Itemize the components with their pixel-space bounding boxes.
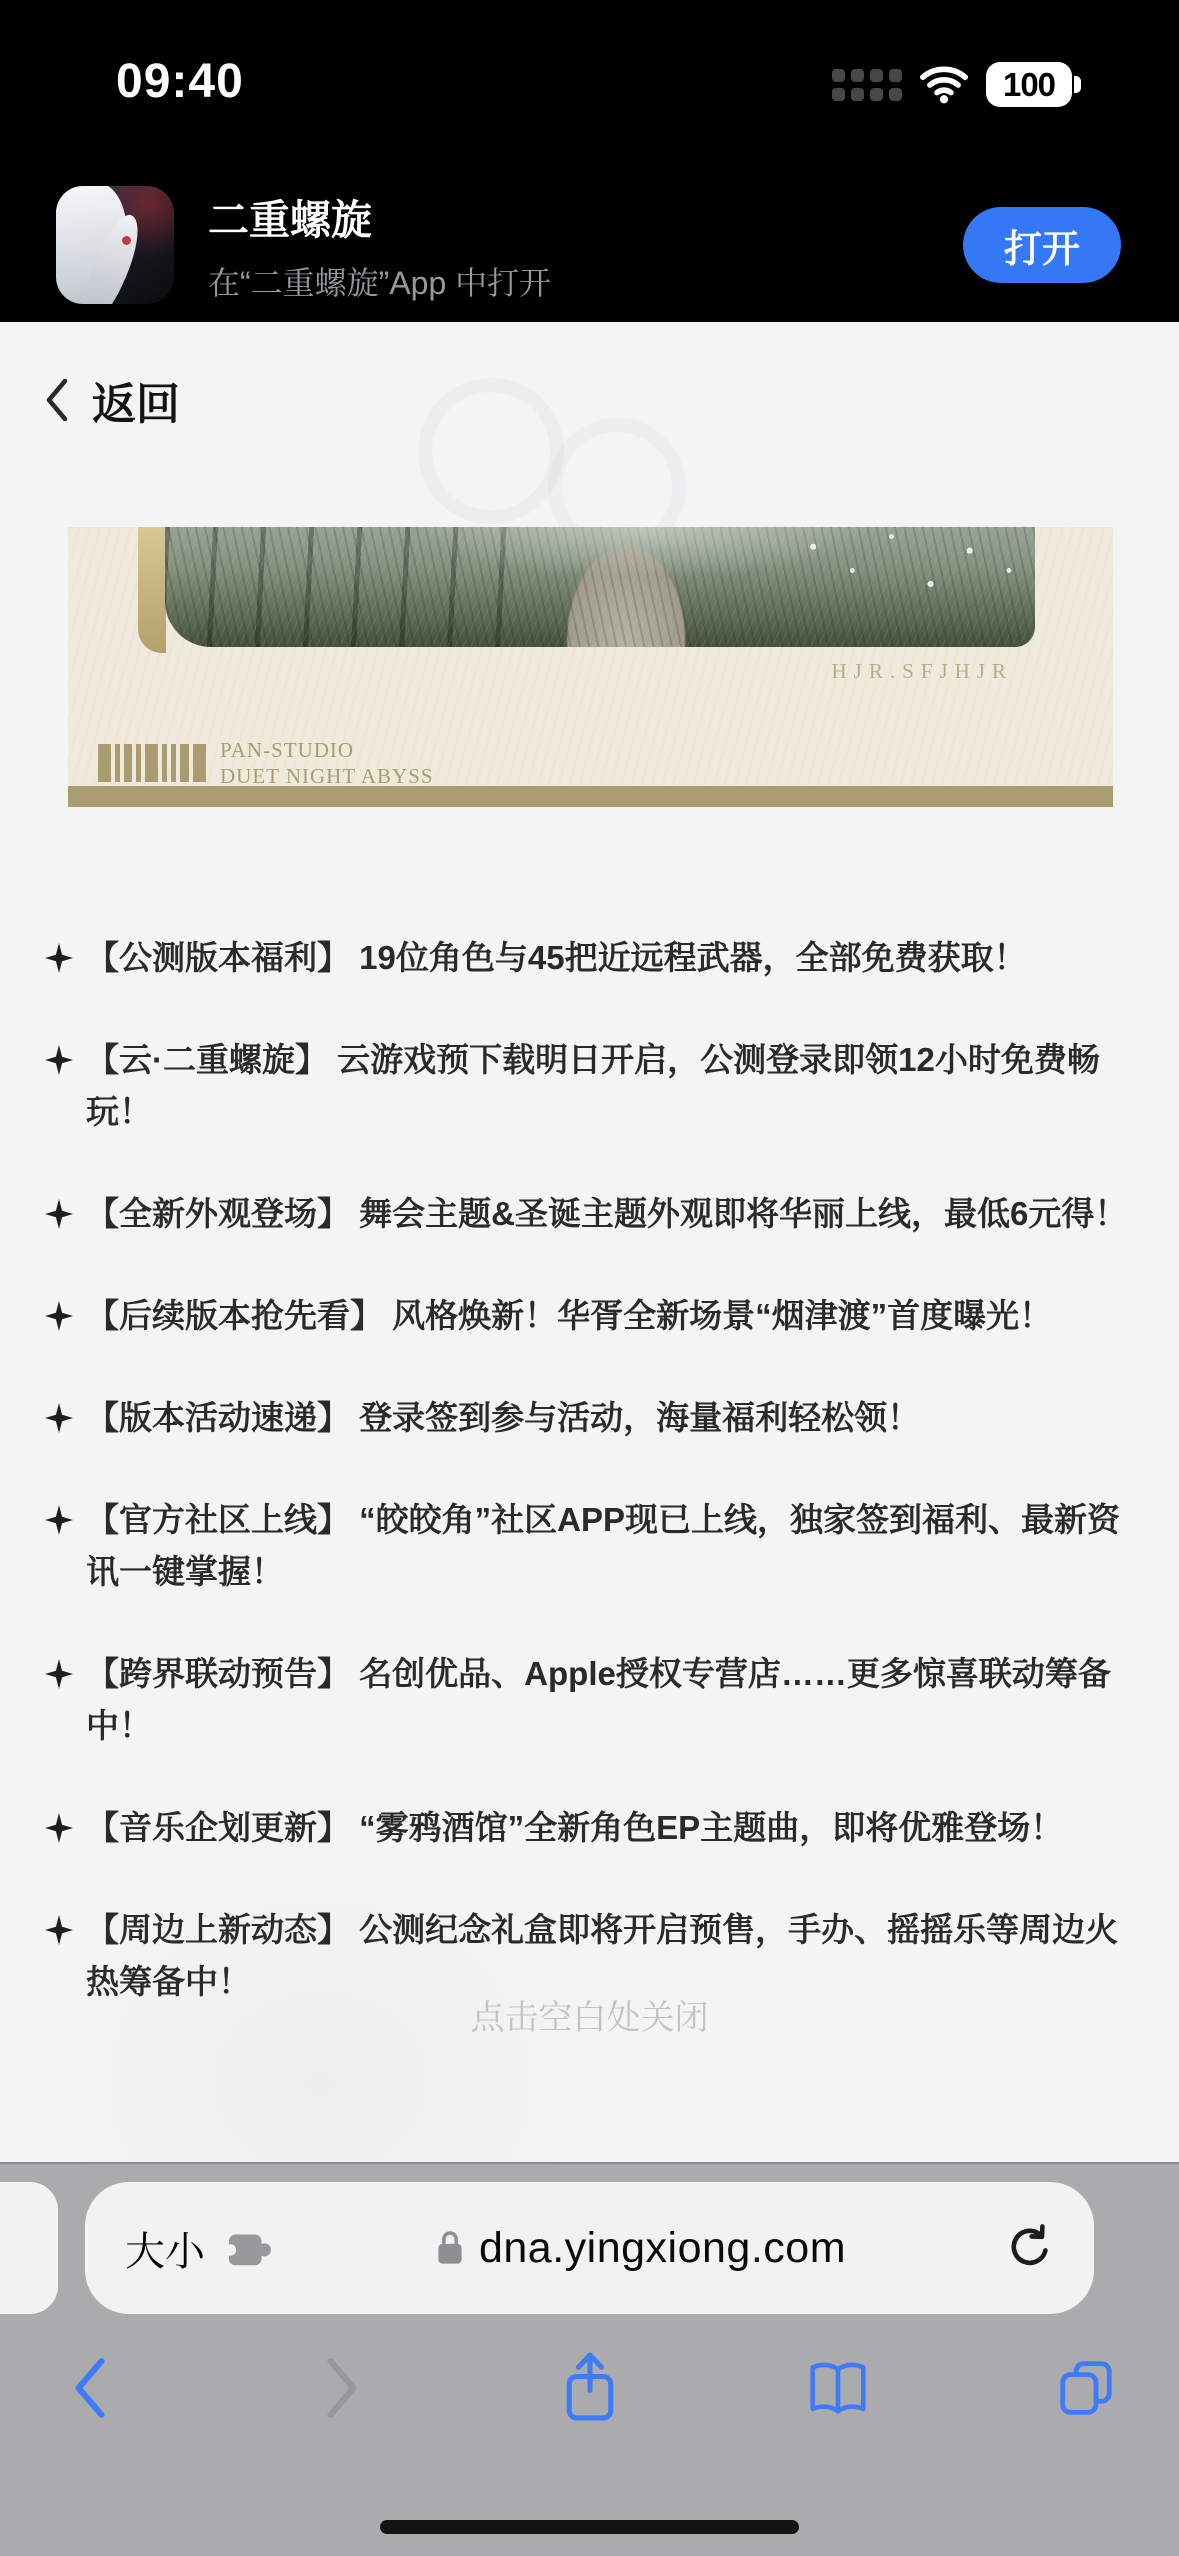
battery-nub [1074,76,1081,93]
extensions-puzzle-icon[interactable] [225,2223,275,2273]
browser-forward-button[interactable] [295,2340,389,2436]
tabs-icon [1055,2357,1117,2419]
announcement-item: 【全新外观登场】 舞会主题&圣诞主题外观即将华丽上线，最低6元得！ [45,1188,1135,1240]
smart-app-banner: 二重螺旋 在“二重螺旋”App 中打开 打开 [0,172,1179,318]
announcement-item: 【音乐企划更新】 “雾鸦酒馆”全新角色EP主题曲，即将优雅登场！ [45,1802,1135,1854]
cellular-signal-dots-icon [832,69,902,101]
text-size-button[interactable]: 大小 [125,2220,205,2277]
chevron-right-icon [319,2355,365,2421]
gold-trim-decoration [138,527,166,653]
watermark-circle [418,378,564,524]
announcement-item: 【后续版本抢先看】 风格焕新！华胥全新场景“烟津渡”首度曝光！ [45,1290,1135,1342]
four-pointed-star-icon [45,1045,73,1075]
bookmarks-button[interactable] [791,2340,885,2436]
app-name: 二重螺旋 [208,187,551,246]
four-pointed-star-icon [45,1199,73,1229]
announcement-banner: HJR.SFJHJR PAN-STUDIO DUET NIGHT ABYSS [68,527,1113,807]
announcement-text: 【官方社区上线】 “皎皎角”社区APP现已上线，独家签到福利、最新资讯一键掌握！ [86,1494,1135,1598]
four-pointed-star-icon [45,1301,73,1331]
chevron-left-icon [42,376,70,424]
webpage-modal: 返回 HJR.SFJHJR PAN-STUDIO [0,322,1179,2162]
four-pointed-star-icon [45,1659,73,1689]
announcement-text: 【音乐企划更新】 “雾鸦酒馆”全新角色EP主题曲，即将优雅登场！ [86,1802,1063,1854]
adjacent-tab-edge[interactable] [0,2182,58,2314]
four-pointed-star-icon [45,1813,73,1843]
share-button[interactable] [543,2340,637,2436]
url-field[interactable]: dna.yingxiong.com [275,2224,1006,2273]
scenery-photo [165,527,1035,647]
chevron-left-icon [67,2355,113,2421]
clock: 09:40 [116,54,244,109]
address-bar[interactable]: 大小 dna.yingxiong.com [85,2182,1094,2314]
four-pointed-star-icon [45,1505,73,1535]
home-indicator[interactable] [380,2520,799,2534]
studio-logo-text: PAN-STUDIO DUET NIGHT ABYSS [220,737,434,786]
banner-text: 二重螺旋 在“二重螺旋”App 中打开 [208,187,551,304]
studio-name: PAN-STUDIO [220,737,434,763]
announcement-text: 【公测版本福利】 19位角色与45把近远程武器，全部免费获取！ [86,932,1027,984]
announcement-item: 【云·二重螺旋】 云游戏预下载明日开启，公测登录即领12小时免费畅玩！ [45,1034,1135,1138]
wifi-icon [918,65,970,105]
announcement-text: 【云·二重螺旋】 云游戏预下载明日开启，公测登录即领12小时免费畅玩！ [86,1034,1135,1138]
banner-card-frame: HJR.SFJHJR PAN-STUDIO DUET NIGHT ABYSS [68,527,1113,786]
browser-back-button[interactable] [43,2340,137,2436]
top-black-region: 09:40 100 [0,0,1179,322]
status-bar: 09:40 100 [0,52,1179,116]
app-icon [56,186,174,304]
decorative-glyphs: HJR.SFJHJR [832,659,1013,684]
status-icons: 100 [832,62,1081,107]
announcement-item: 【官方社区上线】 “皎皎角”社区APP现已上线，独家签到福利、最新资讯一键掌握！ [45,1494,1135,1598]
announcement-text: 【跨界联动预告】 名创优品、Apple授权专营店……更多惊喜联动筹备中！ [86,1648,1135,1752]
game-name: DUET NIGHT ABYSS [220,763,434,786]
announcement-text: 【全新外观登场】 舞会主题&圣诞主题外观即将华丽上线，最低6元得！ [86,1188,1127,1240]
olive-divider-bar [68,786,1113,807]
four-pointed-star-icon [45,1915,73,1945]
tap-to-close-hint[interactable]: 点击空白处关闭 [0,1990,1179,2039]
open-app-button[interactable]: 打开 [963,207,1121,283]
four-pointed-star-icon [45,1403,73,1433]
announcement-list: 【公测版本福利】 19位角色与45把近远程武器，全部免费获取！ 【云·二重螺旋】… [45,932,1135,2058]
url-text: dna.yingxiong.com [479,2224,846,2273]
announcement-item: 【跨界联动预告】 名创优品、Apple授权专营店……更多惊喜联动筹备中！ [45,1648,1135,1752]
back-link[interactable]: 返回 [42,368,180,432]
battery-icon: 100 [986,62,1081,107]
battery-level: 100 [986,62,1072,107]
announcement-item: 【公测版本福利】 19位角色与45把近远程武器，全部免费获取！ [45,932,1135,984]
announcement-text: 【后续版本抢先看】 风格焕新！华胥全新场景“烟津渡”首度曝光！ [86,1290,1052,1342]
lock-icon [435,2228,465,2268]
share-icon [560,2350,620,2426]
four-pointed-star-icon [45,943,73,973]
announcement-text: 【版本活动速递】 登录签到参与活动，海量福利轻松领！ [86,1392,920,1444]
tabs-button[interactable] [1039,2340,1133,2436]
logo-barcode-icon [98,744,206,782]
back-label: 返回 [92,368,180,432]
iphone-screen: 09:40 100 [0,0,1179,2556]
reload-icon[interactable] [1006,2221,1054,2275]
announcement-item: 【版本活动速递】 登录签到参与活动，海量福利轻松领！ [45,1392,1135,1444]
app-banner-subtitle: 在“二重螺旋”App 中打开 [208,258,551,304]
safari-bottom-bar: 大小 dna.yingxiong.com [0,2162,1179,2556]
open-book-icon [805,2359,871,2417]
studio-logo: PAN-STUDIO DUET NIGHT ABYSS [98,737,434,786]
